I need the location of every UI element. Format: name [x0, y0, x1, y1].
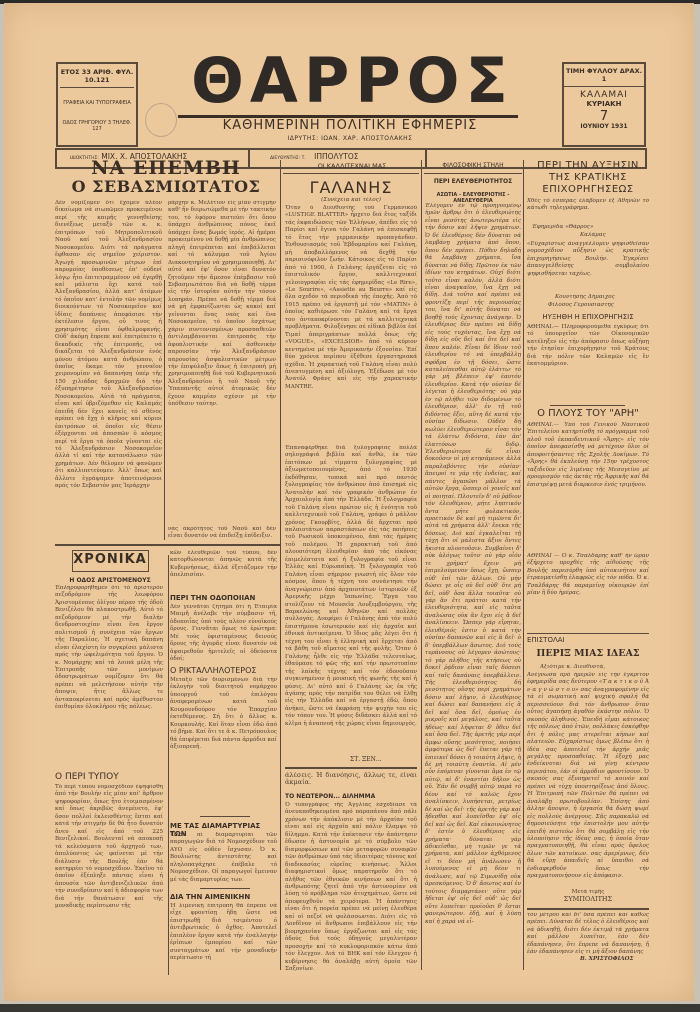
right-sub2: Ο ΠΛΟΥΣ ΤΟΥ "ΑΡΗ" — [527, 408, 649, 419]
feuilleton-tail: ἀλέσεις. Ἡ διανόησις, ἄλλως τε, εἶναι ἀκ… — [285, 772, 417, 788]
letter-title: ΠΕΡΙΞ ΜΙΑΣ ΙΔΕΑΣ — [527, 648, 649, 659]
philosophy-text: Ἐλέγομεν ἐν τῷ προηγουμένῳ ἡμῶν ἄρθρῳ ὅτ… — [425, 203, 521, 983]
feuilleton-text: Ὅταν ὁ Διευθυντής τοῦ Γερμανικοῦ «LUSTIG… — [285, 205, 417, 445]
letter-sign: ΣΥΜΠΟΛΙΤΗΣ — [527, 896, 649, 905]
offices-label: ΓΡΑΦΕΙΑ ΚΑΙ ΤΥΠΟΓΡΑΦΕΙΑ — [60, 100, 134, 106]
column-rule — [164, 280, 165, 540]
year-issue: ΕΤΟΣ 33 ΑΡΙΘ. ΦΥΛ. 10.121 — [60, 66, 134, 88]
letter-text: Ἀνέγνωσα πρό ἡμερῶν εἰς τήν ἔγκριτον ἐφη… — [527, 672, 649, 887]
feuilleton-sub: (Συνέχεια καί τέλος) — [285, 197, 417, 205]
right-text3: ΑΘΗΝΑΙ.— Ὑπό τοῦ Γενικοῦ Ναυτικοῦ Ἐπιτελ… — [527, 422, 649, 542]
chronika-sub3: ΠΕΡΙ ΤΗΝ ΟΔΟΠΟΙΙΑΝ — [170, 594, 278, 602]
address: ΟΔΟΣ ΓΡΗΓΟΡΙΟΥ 3 ΤΗΛΕΦ. 127 — [60, 120, 134, 132]
section-rule — [527, 633, 649, 634]
column-rule — [523, 160, 524, 970]
feuilleton-text2: Ἐπαναφέρθηκε διά ξυλογραφίας πολλά σηλογ… — [285, 445, 417, 760]
right-sub1: ΗΥΞΗΘΗ Η ΕΠΙΧΟΡΗΓΗΣΙΣ — [527, 313, 649, 321]
section-rule — [285, 767, 417, 769]
philosophy-title: ΠΕΡΙ ΕΛΕΥΘΕΡΙΟΤΗΤΟΣ — [424, 178, 522, 185]
lead-text-col1: Δέν νομίζομεν ὅτι ἔχομεν πλέον δικαίωμα … — [55, 200, 162, 540]
column-rule — [421, 160, 422, 970]
small-article-text: Ὁ τυπογράφος τῆς Ἀγγλίας ἐσχεδίασε τά ἀν… — [285, 802, 417, 982]
telegram-sign2: Φίλοσος Γερουσιαστής — [548, 302, 648, 310]
telegram-sign1: Κουντήσης Δήμαιχος — [555, 294, 649, 302]
philosophy-section: ΦΙΛΟΣΟΦΙΚΗ ΣΤΗΛΗ — [424, 162, 522, 169]
telegram-city: Καλάμας — [580, 232, 648, 240]
chronika-text1: Ἐπληροφορήθημεν ὅτι τό ἀριστερόν πεζοδρό… — [55, 585, 163, 770]
feuilleton-signature: ΣΤ. ΞΕΝ... — [350, 756, 382, 763]
short-rule — [200, 888, 250, 889]
masthead-issue-box: ΕΤΟΣ 33 ΑΡΙΘ. ΦΥΛ. 10.121 ΓΡΑΦΕΙΑ ΚΑΙ ΤΥ… — [56, 62, 138, 147]
chronika-text5: Ὅλοι αἱ διαμαρτυρίαι τῶν παραγωγῶν διά τ… — [170, 832, 277, 884]
lead-headline-2: Ο ΣΕΒΑΣΜΙΩΤΑΤΟΣ — [52, 178, 280, 196]
city: ΚΑΛΑΜΑΙ — [564, 90, 644, 100]
right-headline: ΠΕΡΙ ΤΗΝ ΑΥΞΗΣΙΝ ΤΗΣ ΚΡΑΤΙΚΗΣ ΕΠΙΧΟΡΗΓΗΣ… — [527, 160, 649, 196]
feuilleton-section: ΟΙ ΚΑΛΛΙΤΕΧΝΑΙ ΜΑΣ — [285, 162, 419, 170]
month-year: ΙΟΥΝΙΟΥ 1931 — [564, 123, 644, 130]
feuilleton-title: ΓΑΛΑΝΗΣ — [283, 178, 419, 197]
chronika-sub6: ΔΙΑ ΤΗΝ ΑΙΜΕΝΙΚΗΝ — [170, 893, 278, 901]
lead-headline-1: ΝΑ ΕΠΕΜΒΗ — [55, 158, 277, 178]
chronika-text3: Δέν γεννᾶται ζήτημα ὅτι ἡ Ἑταιρία Μαιμῆ … — [170, 604, 277, 662]
philosophy-signature: Β. ΧΡΙΣΤΟΦΙΛΟΣ — [580, 956, 650, 964]
short-rule — [550, 405, 625, 406]
short-rule — [200, 816, 250, 817]
small-article-title: ΤΟ ΝΕΩΤΕΡΟΝ... ΔΙΛΗΜΜΑ — [285, 793, 417, 800]
chronika-text3-top: κῶν ἐλευθεριῶν τοῦ τύπου, δέν κατορθώνον… — [170, 550, 277, 588]
chronika-title: ΧΡΟΝΙΚΑ — [72, 552, 148, 567]
weekday: ΚΥΡΙΑΚΗ — [564, 100, 644, 108]
section-rule — [283, 173, 419, 174]
chronika-text2: Τό περί τύπου νομοσχέδιον ἐψηφίσθη ἀπό τ… — [55, 784, 163, 984]
masthead-rule — [55, 148, 647, 150]
chronika-text6: Ἡ λιμενική ἐπιτροπή θά ἔπρεπε νά εἶχε φρ… — [170, 903, 277, 983]
day-number: 7 — [564, 110, 644, 123]
lead-text-col2: ράρχην κ. Μελέτιον εἰς μίαν στιγμήν καθ'… — [168, 200, 276, 526]
founder-line: ΙΔΡΥΤΗΣ: ΙΩΑΝ. ΧΑΡ. ΑΠΟΣΤΟΛΑΚΗΣ — [200, 135, 500, 142]
masthead-date-box: ΤΙΜΗ ΦΥΛΛΟΥ ΔΡΑΧ. 1 ΚΑΛΑΜΑΙ ΚΥΡΙΑΚΗ 7 ΙΟ… — [562, 62, 646, 147]
column-rule — [280, 160, 281, 970]
chronika-text4: Μεταξύ τῶν διορισμένων διά τήν ἐκλογήν τ… — [170, 677, 277, 812]
chronika-sub1: Η ΟΔΟΣ ΑΡΙΣΤΟΜΕΝΟΥΣ — [55, 577, 165, 584]
letter-greeting: Ἀξιότιμε κ. Διευθυντά, — [540, 664, 648, 672]
newspaper-title: ΘΑΡΡΟΣ — [190, 50, 515, 112]
chronika-sub2: Ο ΠΕΡΙ ΤΥΠΟΥ — [55, 772, 165, 782]
philosophy-continuation: του μέτρου καί δι' ὅσα πρέπει καί καθώς … — [527, 912, 649, 957]
section-rule — [424, 173, 522, 174]
letters-section: ΕΠΙΣΤΟΛΑΙ — [527, 636, 649, 644]
director-name: ΙΠΠΟΛΥΤΟΣ — [314, 152, 358, 161]
right-text4: ΑΘΗΝΑΙ — Ὁ κ. Τσαλδάρης καθ' ἣν ὥραν ἐξή… — [527, 553, 649, 631]
newspaper-subtitle: ΚΑΘΗΜΕΡΙΝΗ ΠΟΛΙΤΙΚΗ ΕΦΗΜΕΡΙΣ — [170, 118, 530, 133]
scan-bottom-edge — [0, 1004, 700, 1012]
column-rule — [168, 555, 169, 975]
lead-text-col2-tail: νας ἀκρότητος τοῦ Ναοῦ καί δέν εἶναι δυν… — [168, 526, 276, 541]
section-rule — [527, 908, 649, 910]
telegram-body: «Εὐχαρίστως ἀναγγέλλομεν ψηφισθεῖσαν νομ… — [527, 241, 649, 293]
section-rule — [55, 544, 280, 546]
right-text2: ΑΘΗΝΑΙ.— Πληροφορούμεθα ἐγκύρως ὅτι τό ὑ… — [527, 324, 649, 402]
right-text1: Χθές τό ἑσπέρας ἐλάβομεν ἐξ Ἀθηνῶν τό κά… — [527, 198, 649, 222]
price: ΤΙΜΗ ΦΥΛΛΟΥ ΔΡΑΧ. 1 — [564, 64, 644, 87]
telegram-to: Ἐφημερίδα «Θάρρος» — [532, 224, 648, 232]
chronika-sub4: Ο ΡΙΚΤΑΛΛΗΛΟΤΕΡΟΣ — [170, 666, 278, 675]
